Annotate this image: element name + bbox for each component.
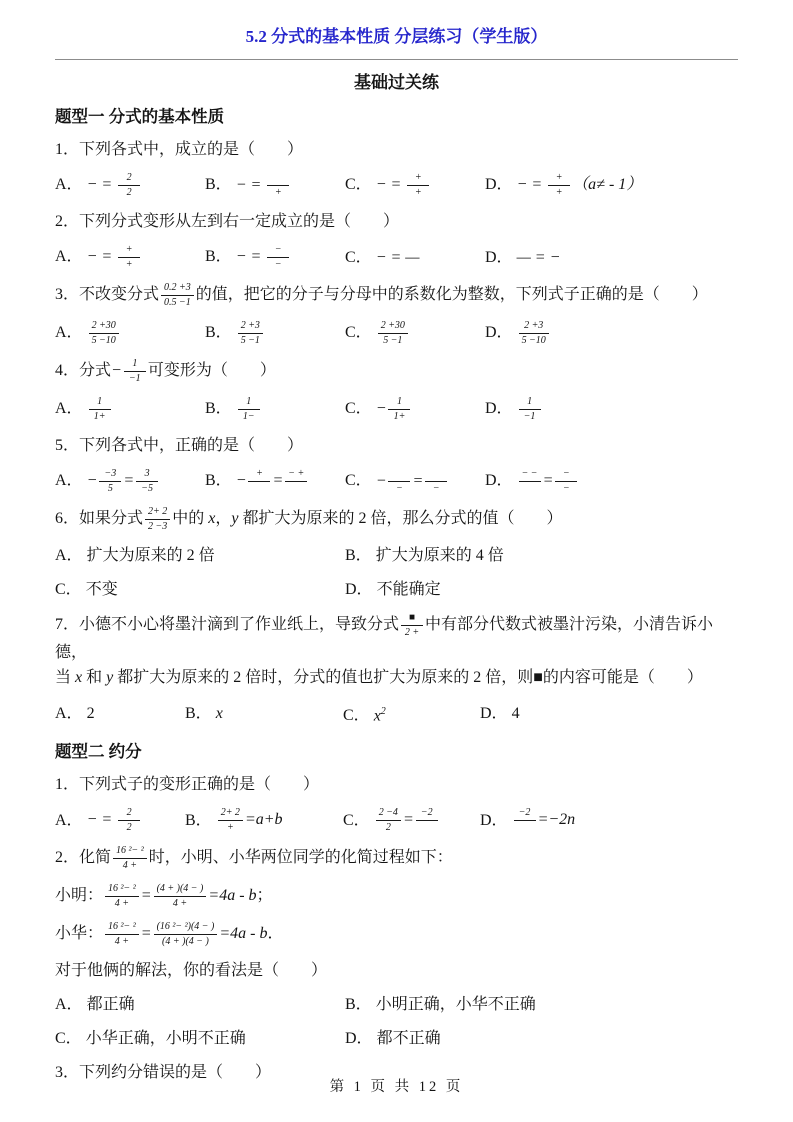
text-run: 不能确定 [377,581,441,598]
options-row: A．扩大为原来的 2 倍B．扩大为原来的 4 倍 [55,543,738,568]
math-text: = [123,472,134,489]
denominator: 4 + [113,859,147,873]
option-label: B． [185,705,212,722]
math-text: − = [236,176,266,193]
options-row: A．− = ++B．− = −−C．− = —D．— = − [55,243,738,272]
text-run: 扩大为原来的 2 倍 [87,547,215,564]
math-text: = [412,472,423,489]
section-heading: 题型二 约分 [55,738,738,762]
math-text: =a+b [245,812,283,829]
superscript: 2 [381,706,386,717]
math-text: x [216,705,223,722]
numerator: + [248,467,270,482]
option-label: C． [345,472,372,489]
option-label: A． [55,248,83,265]
fraction: ++ [548,171,570,200]
option: D．1−1 [485,395,738,424]
option: C．小华正确，小明不正确 [55,1026,345,1051]
fraction: (4 + )(4 − )4 + [154,882,207,911]
numerator [388,468,410,482]
option-label: B． [185,812,212,829]
options-row: A．11+B．11−C．−11+D．1−1 [55,395,738,424]
text-run: 时，小明、小华两位同学的化简过程如下： [149,850,453,867]
math-text: y [231,510,238,527]
fraction: 16 ²− ²4 + [113,844,147,873]
option: B．−+=− + [205,467,345,496]
fraction: − + [285,467,307,496]
text-run: 都正确 [87,996,135,1013]
option: B．11− [205,395,345,424]
text-run: 小明正确，小华不正确 [376,996,536,1013]
fraction: 0.2 +30.5 −1 [161,281,194,310]
option: B．− = −− [205,243,345,272]
numerator: 2+ 2 [145,505,170,520]
option: C．不变 [55,577,345,602]
question-stem: 2．下列分式变形从左到右一定成立的是（ ） [55,209,738,234]
denominator: − [388,482,410,496]
text-run: 2 [87,705,95,722]
option: A．− = 22 [55,171,205,200]
numerator: 1 [89,395,111,410]
math-text: = [543,472,554,489]
math-text: = [141,926,152,943]
text-run: ， [215,510,231,527]
option-label: A． [55,812,83,829]
denominator: (4 + )(4 − ) [154,935,218,949]
option: C．− = ++ [345,171,485,200]
option: D．4 [480,701,738,726]
denominator: 1+ [388,410,410,424]
option-label: C． [55,581,82,598]
fraction: 1−1 [124,357,146,386]
numerator: − [555,467,577,482]
denominator: 2 −3 [145,520,170,534]
denominator: 2 + [401,626,423,640]
text-run: 都扩大为原来的 2 倍，那么分式的值（ ） [239,510,563,527]
question-stem: 3．不改变分式0.2 +30.5 −1的值，把它的分子与分母中的系数化为整数，下… [55,281,738,310]
denominator: −1 [124,372,146,386]
text-run: 的值，把它的分子与分母中的系数化为整数，下列式子正确的是（ ） [196,286,708,303]
option: D．— = − [485,245,738,270]
denominator: −1 [519,410,541,424]
math-text: x [374,707,381,724]
option-label: B． [205,248,232,265]
numerator: + [548,171,570,186]
text-run: 都不正确 [377,1030,441,1047]
option: C．−−=− [345,468,485,496]
option-label: A． [55,705,83,722]
fraction: −2 [514,806,536,835]
options-row: A．− = 22B．2+ 2+=a+bC．2 −42=−2D．−2=−2n [55,806,738,835]
options-row: A．2B．xC．x2D．4 [55,699,738,728]
option-label: C． [345,324,372,341]
question-stem: 7．小德不小心将墨汁滴到了作业纸上，导致分式■2 +中有部分代数式被墨汁污染，小… [55,611,738,690]
fraction: 16 ²− ²4 + [105,920,139,949]
fraction: (16 ²− ²)(4 − )(4 + )(4 − ) [154,920,218,949]
math-text: — = − [517,249,561,266]
numerator: 16 ²− ² [105,882,139,897]
option: D．− = ++（a≠ - 1） [485,171,738,200]
math-text: （a≠ - 1） [572,176,642,193]
option: A．−−35=3−5 [55,467,205,496]
option: A．− = 22 [55,806,185,835]
numerator: 1 [238,395,260,410]
options-row: A．−−35=3−5B．−+=− +C．−−=−D．− −=−− [55,467,738,496]
question-stem: 4．分式−1−1可变形为（ ） [55,357,738,386]
text-run: 小华： [55,926,103,943]
section-subtitle: 基础过关练 [55,68,738,93]
option-label: A． [55,176,83,193]
fraction: 2 +35 −10 [519,319,549,348]
denominator: −5 [136,482,158,496]
option-label: D． [345,1030,373,1047]
question-stem: 6．如果分式2+ 22 −3中的 x，y 都扩大为原来的 2 倍，那么分式的值（… [55,505,738,534]
option: A．11+ [55,395,205,424]
text-run: 1．下列式子的变形正确的是（ ） [55,776,319,793]
option-label: D． [480,705,508,722]
option: A．2 [55,701,185,726]
question-stem: 5．下列各式中，正确的是（ ） [55,433,738,458]
numerator: 2 [118,806,140,821]
option-label: D． [345,581,373,598]
math-text: − = [376,176,406,193]
text-run: 中的 [172,510,208,527]
fraction: − − [519,467,541,496]
fraction: 2+ 22 −3 [145,505,170,534]
denominator: 0.5 −1 [161,296,194,310]
numerator: 3 [136,467,158,482]
text-run: 2．化简 [55,850,111,867]
denominator: + [548,186,570,200]
denominator: 2 [118,821,140,835]
option: D．不能确定 [345,577,738,602]
option: C．− = — [345,245,485,270]
option: B．2 +35 −1 [205,319,345,348]
numerator: 16 ²− ² [105,920,139,935]
text-run: ． [268,926,284,943]
option: B．x [185,701,343,726]
fraction: − [425,468,447,496]
fraction: −− [267,243,289,272]
option-label: D． [485,472,513,489]
option: A．扩大为原来的 2 倍 [55,543,345,568]
math-text: =−2n [538,812,576,829]
text-run: 4 [512,705,520,722]
text-run: 和 [82,669,106,686]
text-run: 2．下列分式变形从左到右一定成立的是（ ） [55,213,399,230]
option-label: D． [485,249,513,266]
option-label: C． [345,249,372,266]
math-text: − [376,472,387,489]
numerator: −2 [514,806,536,821]
option: C．x2 [343,699,480,728]
title-divider [55,59,738,60]
question-stem: 2．化简16 ²− ²4 +时，小明、小华两位同学的化简过程如下： [55,844,738,873]
page-title: 5.2 分式的基本性质 分层练习（学生版） [55,22,738,47]
denominator: 5 [99,482,121,496]
math-text: − = [517,176,547,193]
math-text: − = [87,812,117,829]
numerator: 1 [388,395,410,410]
option-label: B． [345,996,372,1013]
denominator: 4 + [105,935,139,949]
fraction: 2 +305 −10 [89,319,119,348]
math-text: − [111,362,122,379]
option: C．2 +305 −1 [345,319,485,348]
option-label: A． [55,400,83,417]
option: D．2 +35 −10 [485,319,738,348]
fraction: 2 +305 −1 [378,319,408,348]
option: A．都正确 [55,992,345,1017]
worksheet-content: 题型一 分式的基本性质1．下列各式中，成立的是（ ）A．− = 22B．− = … [55,103,738,1085]
fraction: 2 +35 −1 [238,319,263,348]
text-run: 可变形为（ ） [148,362,276,379]
numerator: (16 ²− ²)(4 − ) [154,920,218,935]
numerator [425,468,447,482]
denominator: 4 + [154,897,207,911]
math-text: =4a - b [219,926,267,943]
option: B．2+ 2+=a+b [185,806,343,835]
option-label: B． [205,400,232,417]
fraction: ++ [407,171,429,200]
numerator: − + [285,467,307,482]
option-label: D． [480,812,508,829]
option-label: B． [205,176,232,193]
option-label: D． [485,400,513,417]
options-row: A．都正确B．小明正确，小华不正确 [55,992,738,1017]
math-text: = [403,812,414,829]
denominator [285,482,307,496]
option: D．都不正确 [345,1026,738,1051]
option-label: C． [55,1030,82,1047]
page-footer: 第 1 页 共 12 页 [0,1075,793,1096]
fraction: 11− [238,395,260,424]
numerator: 2 +3 [519,319,549,334]
denominator: 4 + [105,897,139,911]
text-run: 对于他俩的解法，你的看法是（ ） [55,962,327,979]
solution-line: 小华：16 ²− ²4 +=(16 ²− ²)(4 − )(4 + )(4 − … [55,920,738,949]
math-text: − = [236,248,266,265]
denominator: 5 −1 [238,334,263,348]
fraction: ■2 + [401,611,423,640]
options-row: A．2 +305 −10B．2 +35 −1C．2 +305 −1D．2 +35… [55,319,738,348]
option-label: C． [345,176,372,193]
numerator: 2+ 2 [218,806,243,821]
option: D．− −=−− [485,467,738,496]
option-label: B． [205,324,232,341]
option: B．小明正确，小华不正确 [345,992,738,1017]
fraction: 11+ [388,395,410,424]
numerator: ■ [401,611,423,626]
denominator: + [267,186,289,200]
option-label: C． [343,707,370,724]
option-label: C． [345,400,372,417]
fraction: ++ [118,243,140,272]
denominator: 5 −10 [519,334,549,348]
text-run: 1．下列各式中，成立的是（ ） [55,141,303,158]
text-run: 7．小德不小心将墨汁滴到了作业纸上，导致分式 [55,616,399,633]
option-label: C． [343,812,370,829]
numerator: 16 ²− ² [113,844,147,859]
denominator: + [118,258,140,272]
fraction: 2 −42 [376,806,401,835]
numerator: (4 + )(4 − ) [154,882,207,897]
denominator [519,482,541,496]
denominator: + [218,821,243,835]
numerator: 0.2 +3 [161,281,194,296]
option: C．2 −42=−2 [343,806,480,835]
option: B．− = + [205,172,345,200]
fraction: 22 [118,806,140,835]
denominator: 1− [238,410,260,424]
denominator: 5 −10 [89,334,119,348]
fraction: 16 ²− ²4 + [105,882,139,911]
fraction: 11+ [89,395,111,424]
math-text: = [141,888,152,905]
fraction: 3−5 [136,467,158,496]
math-text: − [376,400,387,417]
option-label: D． [485,176,513,193]
option-label: B． [205,472,232,489]
section-heading: 题型一 分式的基本性质 [55,103,738,127]
denominator: − [267,258,289,272]
denominator: − [425,482,447,496]
numerator: 2 +3 [238,319,263,334]
fraction: −− [555,467,577,496]
option-label: D． [485,324,513,341]
denominator [514,821,536,835]
numerator: − − [519,467,541,482]
options-row: A．− = 22B．− = +C．− = ++D．− = ++（a≠ - 1） [55,171,738,200]
math-text: − [87,472,98,489]
option-label: A． [55,324,83,341]
option-label: A． [55,472,83,489]
option-label: A． [55,547,83,564]
math-text: − = [87,248,117,265]
fraction: 1−1 [519,395,541,424]
fraction: + [267,172,289,200]
numerator: − [267,243,289,258]
numerator: + [118,243,140,258]
text-run: ； [257,888,273,905]
text-run: 4．分式 [55,362,111,379]
numerator: −3 [99,467,121,482]
fraction: + [248,467,270,496]
option: A．2 +305 −10 [55,319,205,348]
text-run: 都扩大为原来的 2 倍时，分式的值也扩大为原来的 2 倍，则■的内容可能是（ ） [113,669,703,686]
text-run: 6．如果分式 [55,510,143,527]
denominator: 5 −1 [378,334,408,348]
numerator: + [407,171,429,186]
denominator [248,482,270,496]
numerator: 1 [519,395,541,410]
fraction: −2 [416,806,438,835]
fraction: − [388,468,410,496]
math-text: = [272,472,283,489]
question-stem: 1．下列式子的变形正确的是（ ） [55,772,738,797]
numerator: 2 [118,171,140,186]
text-run: 扩大为原来的 4 倍 [376,547,504,564]
question-stem: 1．下列各式中，成立的是（ ） [55,137,738,162]
fraction: −35 [99,467,121,496]
denominator: + [407,186,429,200]
option-label: A． [55,996,83,1013]
numerator [267,172,289,186]
numerator: 2 −4 [376,806,401,821]
text-run: 小明： [55,888,103,905]
denominator [416,821,438,835]
math-text: − = — [376,249,420,266]
denominator: 1+ [89,410,111,424]
solution-line: 小明：16 ²− ²4 +=(4 + )(4 − )4 +=4a - b； [55,882,738,911]
fraction: 22 [118,171,140,200]
math-text: =4a - b [208,888,256,905]
denominator: 2 [376,821,401,835]
worksheet-page: 5.2 分式的基本性质 分层练习（学生版） 基础过关练 题型一 分式的基本性质1… [0,0,793,1122]
options-row: C．不变D．不能确定 [55,577,738,602]
numerator: 2 +30 [378,319,408,334]
numerator: 2 +30 [89,319,119,334]
text-run: 5．下列各式中，正确的是（ ） [55,437,303,454]
denominator: 2 [118,186,140,200]
numerator: −2 [416,806,438,821]
option-label: B． [345,547,372,564]
option: C．−11+ [345,395,485,424]
solution-line: 对于他俩的解法，你的看法是（ ） [55,958,738,983]
text-run: 不变 [86,581,118,598]
text-run: 当 [55,669,75,686]
denominator: − [555,482,577,496]
options-row: C．小华正确，小明不正确D．都不正确 [55,1026,738,1051]
numerator: 1 [124,357,146,372]
option: D．−2=−2n [480,806,738,835]
option: B．扩大为原来的 4 倍 [345,543,738,568]
text-run: 3．不改变分式 [55,286,159,303]
math-text: − [236,472,247,489]
math-text: − = [87,176,117,193]
text-run: 小华正确，小明不正确 [86,1030,246,1047]
option: A．− = ++ [55,243,205,272]
fraction: 2+ 2+ [218,806,243,835]
